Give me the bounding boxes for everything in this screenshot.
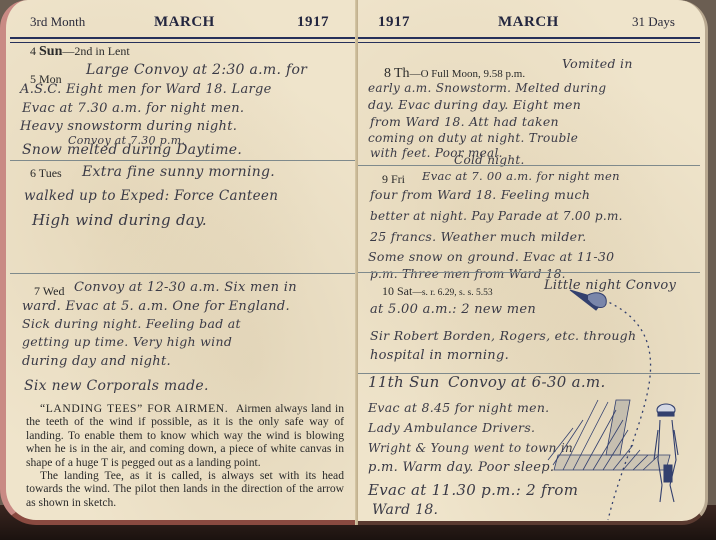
entry-line: Snow melted during Daytime. (22, 140, 242, 160)
entry-line: 25 francs. Weather much milder. (370, 227, 587, 247)
entry-line: getting up time. Very high wind (22, 332, 232, 352)
month-title: MARCH (154, 14, 215, 31)
note-title: “LANDING TEES” FOR AIRMEN. (40, 402, 228, 415)
header-rule (10, 37, 357, 43)
header-rule (358, 37, 700, 43)
entry-line: Evac at 7. 00 a.m. for night men (422, 166, 620, 186)
day-label-4: 4 Sun—2nd in Lent (30, 44, 130, 60)
entry-line: Sick during night. Feeling bad at (22, 314, 241, 334)
month-number-label: 3rd Month (30, 14, 85, 30)
days-count-label: 31 Days (632, 14, 675, 30)
month-title: MARCH (498, 14, 559, 31)
airman-figure-icon (654, 404, 678, 502)
day-separator (10, 160, 357, 161)
entry-line: High wind during day. (32, 210, 207, 230)
entry-line: A.S.C. Eight men for Ward 18. Large (20, 80, 272, 100)
entry-line: four from Ward 18. Feeling much (370, 185, 590, 205)
printed-landing-tees-note: “LANDING TEES” FOR AIRMEN. Airmen always… (26, 402, 344, 509)
entry-line: Six new Corporals made. (24, 376, 209, 396)
diary-page-left: 3rd Month MARCH 1917 4 Sun—2nd in Lent 5… (0, 0, 357, 525)
day-label-6: 6 Tues (30, 166, 62, 181)
entry-line: Large Convoy at 2:30 a.m. for (86, 60, 307, 80)
year-label: 1917 (378, 14, 410, 31)
entry-line: better at night. Pay Parade at 7.00 p.m. (370, 206, 623, 226)
note-paragraph-2: The landing Tee, as it is called, is alw… (26, 469, 344, 509)
entry-line: during day and night. (22, 352, 171, 372)
dotted-approach-arrow-icon (570, 290, 651, 520)
day-separator (10, 273, 357, 274)
entry-line: Extra fine sunny morning. (82, 162, 275, 182)
landing-tee-icon (548, 400, 670, 470)
diary-page-right: 1917 MARCH 31 Days 8 Th—O Full Moon, 9.5… (358, 0, 708, 525)
entry-line: walked up to Exped: Force Canteen (24, 186, 278, 206)
year-label: 1917 (297, 14, 329, 31)
landing-tee-sketch (358, 270, 708, 525)
entry-line: Evac at 7.30 a.m. for night men. (22, 99, 244, 119)
entry-line: Vomited in (562, 54, 633, 74)
entry-line: Convoy at 12-30 a.m. Six men in (74, 278, 297, 298)
